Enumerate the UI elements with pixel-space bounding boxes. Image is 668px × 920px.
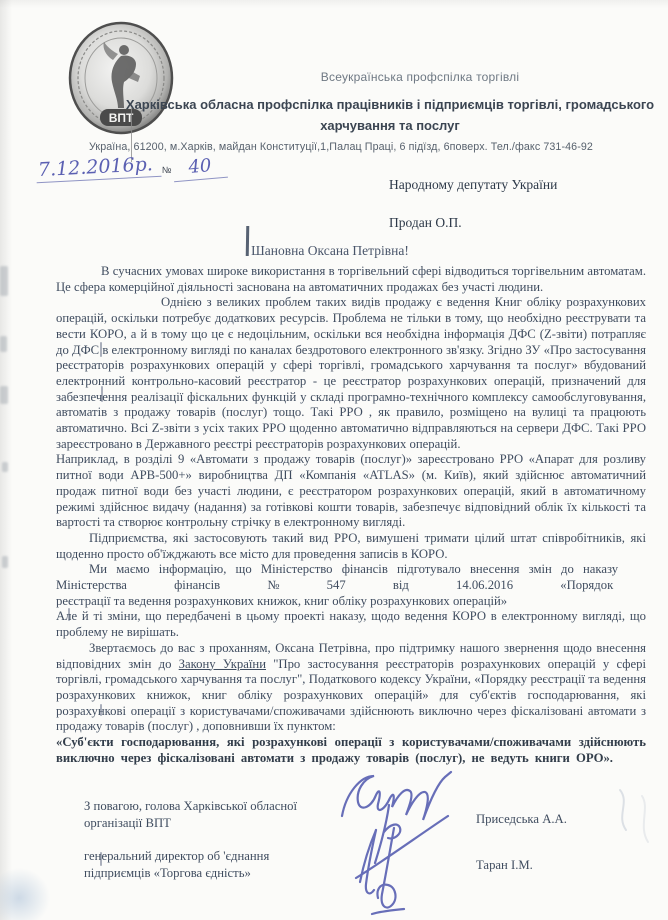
handwritten-outgoing-number: 40 xyxy=(172,154,228,183)
paragraph-enterprises: Підприємства, які застосовують такий вид… xyxy=(56,531,646,562)
signatory2-title-line1: генеральний директор об 'єднання xyxy=(84,848,364,865)
salutation: Шановна Оксана Петрівна! xyxy=(150,243,510,259)
organization-name: Харківська обласна профспілка працівникі… xyxy=(104,94,668,136)
paragraph-problem: Однією з великих проблем таких видів про… xyxy=(56,295,646,452)
organization-name-line1: Харківська обласна профспілка працівникі… xyxy=(104,94,668,115)
scan-corner-stain xyxy=(0,868,50,920)
handwritten-date: 7.12.2016р. xyxy=(35,153,161,184)
scan-artifact xyxy=(0,336,7,352)
organization-name-line2: харчування та послуг xyxy=(104,115,668,136)
signatory1-title: З повагою, голова Харківської обласної о… xyxy=(84,798,364,832)
scan-edge-shadow-top xyxy=(0,0,668,8)
ministry-line2: Міністерства фінансів № 547 від 14.06.20… xyxy=(56,578,646,594)
scan-artifact xyxy=(2,462,8,472)
law-reference-underlined: Закону України xyxy=(179,657,266,671)
signature1-stroke xyxy=(342,772,451,820)
scan-artifact xyxy=(2,556,8,568)
signature2-descender xyxy=(377,828,395,908)
paragraph-request: Звертаємось до вас з проханням, Оксана П… xyxy=(56,641,646,735)
signatory1-title-line1: З повагою, голова Харківської обласної xyxy=(84,798,364,815)
scan-artifact xyxy=(0,266,8,296)
recipient-block: Народному депутату України Продан О.П. xyxy=(389,166,557,242)
paragraph-example: Наприклад, в розділі 9 «Автомати з прода… xyxy=(56,452,646,531)
ministry-line3: реєстрації та ведення розрахункових книж… xyxy=(56,594,646,610)
handwritten-signatures xyxy=(330,770,490,920)
letter-body: В сучасних умовах широке використання в … xyxy=(56,264,646,767)
paragraph-intro: В сучасних умовах широке використання в … xyxy=(56,264,646,295)
reference-line: 7.12.2016р. № 40 xyxy=(36,156,227,180)
paragraph-proposed-clause: «Суб'єкти господарювання, які розрахунко… xyxy=(56,735,646,766)
recipient-title: Народному депутату України xyxy=(389,166,557,204)
scan-artifact xyxy=(0,386,8,404)
faint-scan-marks xyxy=(608,782,664,852)
paragraph-ministry: Ми маємо інформацію, що Міністерство фін… xyxy=(56,562,646,609)
signatory1-title-line2: організації ВПТ xyxy=(84,815,364,832)
number-sign-label: № xyxy=(162,165,172,175)
scan-edge-shadow-left xyxy=(0,0,12,920)
signatory2-title: генеральний директор об 'єднання підприє… xyxy=(84,848,364,882)
ministry-line1: Ми маємо інформацію, що Міністерство фін… xyxy=(56,562,646,578)
scanned-letter-page: ВПТ Всеукраїнська профспілка торгівлі Ха… xyxy=(0,0,668,920)
union-name: Всеукраїнська профспілка торгівлі xyxy=(230,70,610,84)
signature1-descender xyxy=(375,805,389,863)
organization-address: Україна, 61200, м.Харків, майдан Констит… xyxy=(34,141,648,153)
recipient-name: Продан О.П. xyxy=(389,204,557,242)
signatory2-title-line2: підприємців «Торгова єдність» xyxy=(84,865,364,882)
signature2-bottom-dash xyxy=(372,909,404,914)
paragraph-but-changes: Але й ті зміни, що передбачені в цьому п… xyxy=(56,609,646,640)
